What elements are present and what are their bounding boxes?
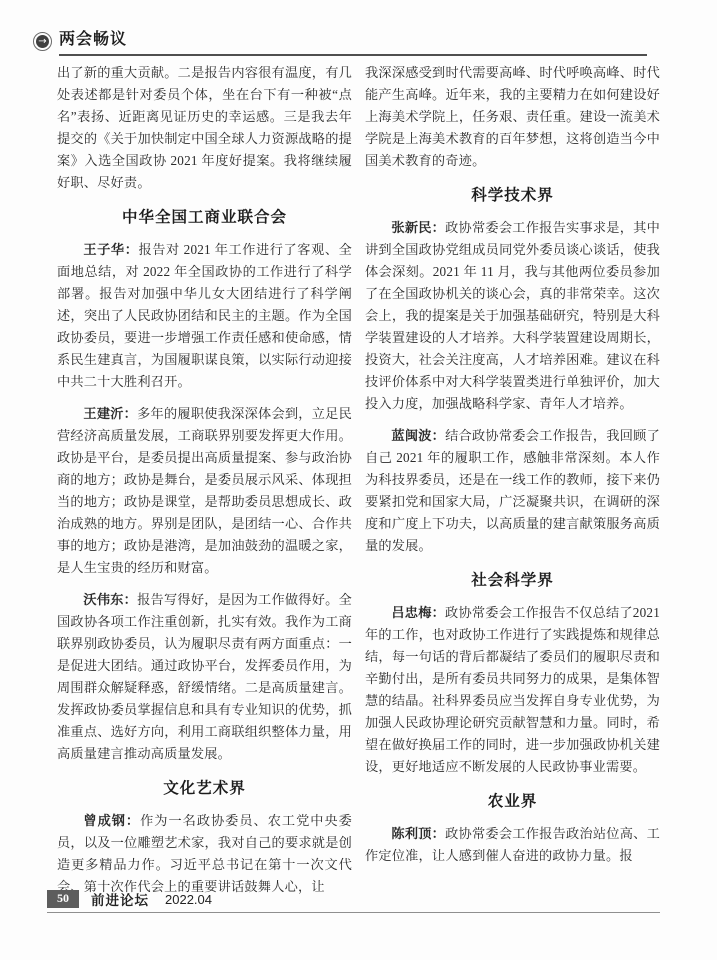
- speaker-name: 吕忠梅：: [391, 605, 445, 620]
- speaker-paragraph: 王建沂：多年的履职使我深深体会到，立足民营经济高质量发展，工商联界别要发挥更大作…: [57, 403, 352, 579]
- speaker-name: 陈利顶：: [391, 826, 445, 841]
- continuation-paragraph: 出了新的重大贡献。二是报告内容很有温度，有几处表述都是针对委员个体，坐在台下有一…: [57, 62, 352, 194]
- speaker-name: 王建沂：: [83, 406, 137, 421]
- paragraph-text: 报告写得好，是因为工作做得好。全国政协各项工作注重创新，扎实有效。我作为工商联界…: [57, 592, 352, 761]
- header-rule: 两会畅议: [59, 26, 647, 56]
- paragraph-text: 结合政协常委会工作报告，我回顾了自己 2021 年的履职工作，感触非常深刻。本人…: [365, 428, 660, 553]
- speaker-paragraph: 张新民：政协常委会工作报告实事求是，其中讲到全国政协党组成员同党外委员谈心谈话，…: [365, 217, 660, 415]
- speaker-name: 曾成钢：: [83, 813, 140, 828]
- paragraph-text: 我深深感受到时代需要高峰、时代呼唤高峰、时代能产生高峰。近年来，我的主要精力在如…: [365, 65, 660, 168]
- page-footer: 50 前进论坛 2022.04: [47, 889, 660, 913]
- section-heading-science-tech: 科学技术界: [365, 185, 660, 207]
- magazine-page: → 两会畅议 出了新的重大贡献。二是报告内容很有温度，有几处表述都是针对委员个体…: [0, 0, 717, 960]
- left-column: 出了新的重大贡献。二是报告内容很有温度，有几处表述都是针对委员个体，坐在台下有一…: [57, 62, 352, 908]
- speaker-name: 张新民：: [391, 220, 445, 235]
- paragraph-text: 多年的履职使我深深体会到，立足民营经济高质量发展，工商联界别要发挥更大作用。政协…: [57, 406, 352, 575]
- paragraph-text: 报告对 2021 年工作进行了客观、全面地总结，对 2022 年全国政协的工作进…: [57, 242, 352, 389]
- speaker-paragraph: 陈利顶：政协常委会工作报告政治站位高、工作定位准，让人感到催人奋进的政协力量。报: [365, 823, 660, 867]
- arrow-glyph: →: [36, 35, 49, 48]
- paragraph-text: 出了新的重大贡献。二是报告内容很有温度，有几处表述都是针对委员个体，坐在台下有一…: [57, 65, 352, 190]
- column-tag-label: 两会畅议: [59, 31, 127, 48]
- arrow-right-circle-icon: →: [33, 32, 52, 51]
- speaker-name: 沃伟东：: [83, 592, 137, 607]
- speaker-name: 蓝闽波：: [391, 428, 445, 443]
- speaker-paragraph: 王子华：报告对 2021 年工作进行了客观、全面地总结，对 2022 年全国政协…: [57, 239, 352, 393]
- journal-name: 前进论坛: [91, 889, 149, 909]
- speaker-paragraph: 蓝闽波：结合政协常委会工作报告，我回顾了自己 2021 年的履职工作，感触非常深…: [365, 425, 660, 557]
- page-number-badge: 50: [47, 890, 79, 908]
- section-heading-social-science: 社会科学界: [365, 570, 660, 592]
- speaker-paragraph: 沃伟东：报告写得好，是因为工作做得好。全国政协各项工作注重创新，扎实有效。我作为…: [57, 589, 352, 765]
- section-heading-agriculture: 农业界: [365, 791, 660, 813]
- speaker-name: 王子华：: [83, 242, 138, 257]
- issue-date: 2022.04: [165, 892, 212, 907]
- section-heading-culture-art: 文化艺术界: [57, 778, 352, 800]
- section-heading-federation: 中华全国工商业联合会: [57, 207, 352, 229]
- right-column: 我深深感受到时代需要高峰、时代呼唤高峰、时代能产生高峰。近年来，我的主要精力在如…: [365, 62, 660, 877]
- continuation-paragraph: 我深深感受到时代需要高峰、时代呼唤高峰、时代能产生高峰。近年来，我的主要精力在如…: [365, 62, 660, 172]
- speaker-paragraph: 曾成钢：作为一名政协委员、农工党中央委员，以及一位雕塑艺术家，我对自己的要求就是…: [57, 810, 352, 898]
- speaker-paragraph: 吕忠梅：政协常委会工作报告不仅总结了2021 年的工作，也对政协工作进行了实践提…: [365, 602, 660, 778]
- paragraph-text: 政协常委会工作报告实事求是，其中讲到全国政协党组成员同党外委员谈心谈话，使我体会…: [365, 220, 660, 411]
- paragraph-text: 政协常委会工作报告不仅总结了2021 年的工作，也对政协工作进行了实践提炼和规律…: [365, 605, 660, 774]
- page-header: → 两会畅议: [33, 26, 647, 56]
